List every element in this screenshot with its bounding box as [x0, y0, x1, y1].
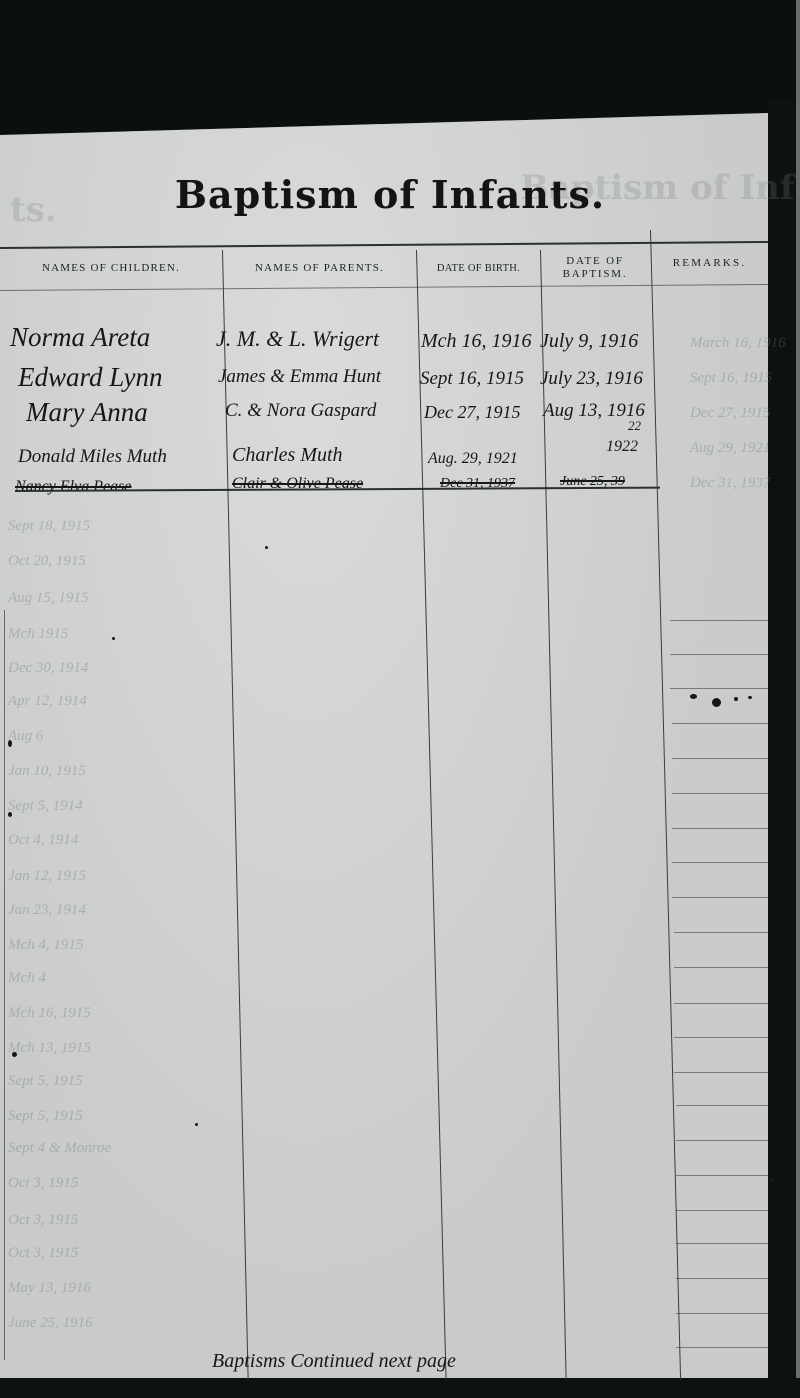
remarks-rule: [672, 758, 768, 759]
ink-blot: [195, 1123, 198, 1126]
ink-blot: [265, 546, 268, 549]
remarks-rule: [672, 862, 768, 863]
remarks-rule: [676, 1313, 768, 1314]
parents-name: James & Emma Hunt: [218, 366, 381, 388]
remarks-rule: [672, 828, 768, 829]
remarks-rule: [674, 932, 768, 933]
ink-blot: [8, 812, 12, 817]
column-header-parents: NAMES OF PARENTS.: [223, 248, 416, 288]
baptism-date: July 23, 1916: [540, 368, 643, 390]
birth-date: Sept 16, 1915: [420, 368, 524, 390]
ink-blot: [748, 696, 752, 699]
remarks-rule: [674, 967, 768, 968]
baptism-date: July 9, 1916: [540, 330, 638, 353]
remarks-rule: [672, 793, 768, 794]
baptism-date-correction: 22: [628, 418, 641, 434]
remarks-rule: [672, 723, 768, 724]
ink-blot: [712, 698, 721, 707]
scan-border-right: [768, 100, 796, 1398]
ink-blot: [12, 1052, 17, 1057]
page-title: Baptism of Infants.: [0, 172, 790, 217]
remarks-rule: [676, 1105, 768, 1106]
remarks-rule: [676, 1347, 768, 1348]
ink-blot: [734, 697, 738, 701]
ink-blot: [690, 694, 697, 699]
remarks-rule: [676, 1278, 768, 1279]
parents-name: Clair & Olive Pease: [232, 475, 363, 493]
column-header-remarks: REMARKS.: [651, 243, 768, 283]
parents-name: J. M. & L. Wrigert: [216, 326, 379, 352]
column-header-baptism: DATE OF BAPTISM.: [541, 248, 649, 288]
parents-name: Charles Muth: [232, 444, 343, 467]
baptism-date: 1922: [606, 438, 638, 456]
ink-blot: [8, 740, 12, 747]
remarks-rule: [674, 1037, 768, 1038]
remarks-rule: [676, 1243, 768, 1244]
birth-date: Dec 31, 1937: [440, 476, 515, 492]
remarks-rule: [670, 620, 768, 621]
remarks-rule: [674, 1072, 768, 1073]
child-name: Nancy Elva Pease: [15, 478, 131, 496]
remarks-rule: [676, 1140, 768, 1141]
child-name: Norma Areta: [10, 322, 150, 353]
child-name: Mary Anna: [26, 397, 148, 428]
birth-date: Mch 16, 1916: [421, 330, 532, 353]
remarks-rule: [676, 1175, 768, 1176]
column-header-birth: DATE OF BIRTH.: [417, 248, 540, 288]
parents-name: C. & Nora Gaspard: [225, 400, 376, 422]
margin-line: [4, 610, 5, 1360]
birth-date: Aug. 29, 1921: [428, 450, 518, 468]
scan-edge-strip: [796, 0, 800, 1398]
footer-note: Baptisms Continued next page: [212, 1350, 456, 1373]
remarks-rule: [670, 688, 768, 689]
scan-border-bottom: [0, 1378, 800, 1398]
remarks-rule: [670, 654, 768, 655]
ink-blot: [770, 1178, 775, 1182]
child-name: Donald Miles Muth: [18, 446, 167, 468]
remarks-rule: [674, 1003, 768, 1004]
remarks-rule: [672, 897, 768, 898]
birth-date: Dec 27, 1915: [424, 402, 520, 423]
column-header-children: NAMES OF CHILDREN.: [0, 248, 222, 288]
ink-blot: [112, 637, 115, 640]
remarks-rule: [676, 1210, 768, 1211]
child-name: Edward Lynn: [18, 362, 162, 393]
